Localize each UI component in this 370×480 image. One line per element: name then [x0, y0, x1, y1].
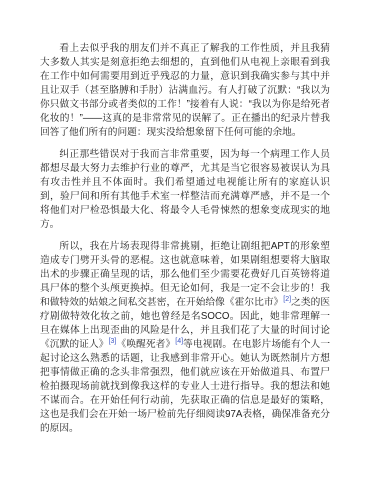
paragraph-text: 看上去似乎我的朋友们并不真正了解我的工作性质，并且我猜大多数人其实是刻意拒绝去细…: [40, 43, 330, 138]
paragraph: 纠正那些错误对于我而言非常重要，因为每一个病理工作人员都想尽最大努力去维护行业的…: [40, 148, 330, 232]
footnote-link[interactable]: [4]: [175, 338, 183, 345]
paragraph: 所以，我在片场表现得非常挑剔，拒绝让剧组把APT的形象塑造成专门劈开头骨的恶棍。…: [40, 240, 330, 436]
paragraph-text: 纠正那些错误对于我而言非常重要，因为每一个病理工作人员都想尽最大努力去维护行业的…: [40, 149, 330, 230]
footnote-link[interactable]: [2]: [283, 296, 291, 303]
paragraph: 看上去似乎我的朋友们并不真正了解我的工作性质，并且我猜大多数人其实是刻意拒绝去细…: [40, 42, 330, 140]
paragraph-text: 《唤醒死者》: [116, 339, 175, 350]
paragraph-text: 等电视剧。在电影片场能有个人一起讨论这么熟悉的话题，让我感到非常开心。她认为既然…: [40, 339, 330, 434]
ebook-page: 看上去似乎我的朋友们并不真正了解我的工作性质，并且我猜大多数人其实是刻意拒绝去细…: [0, 0, 370, 480]
